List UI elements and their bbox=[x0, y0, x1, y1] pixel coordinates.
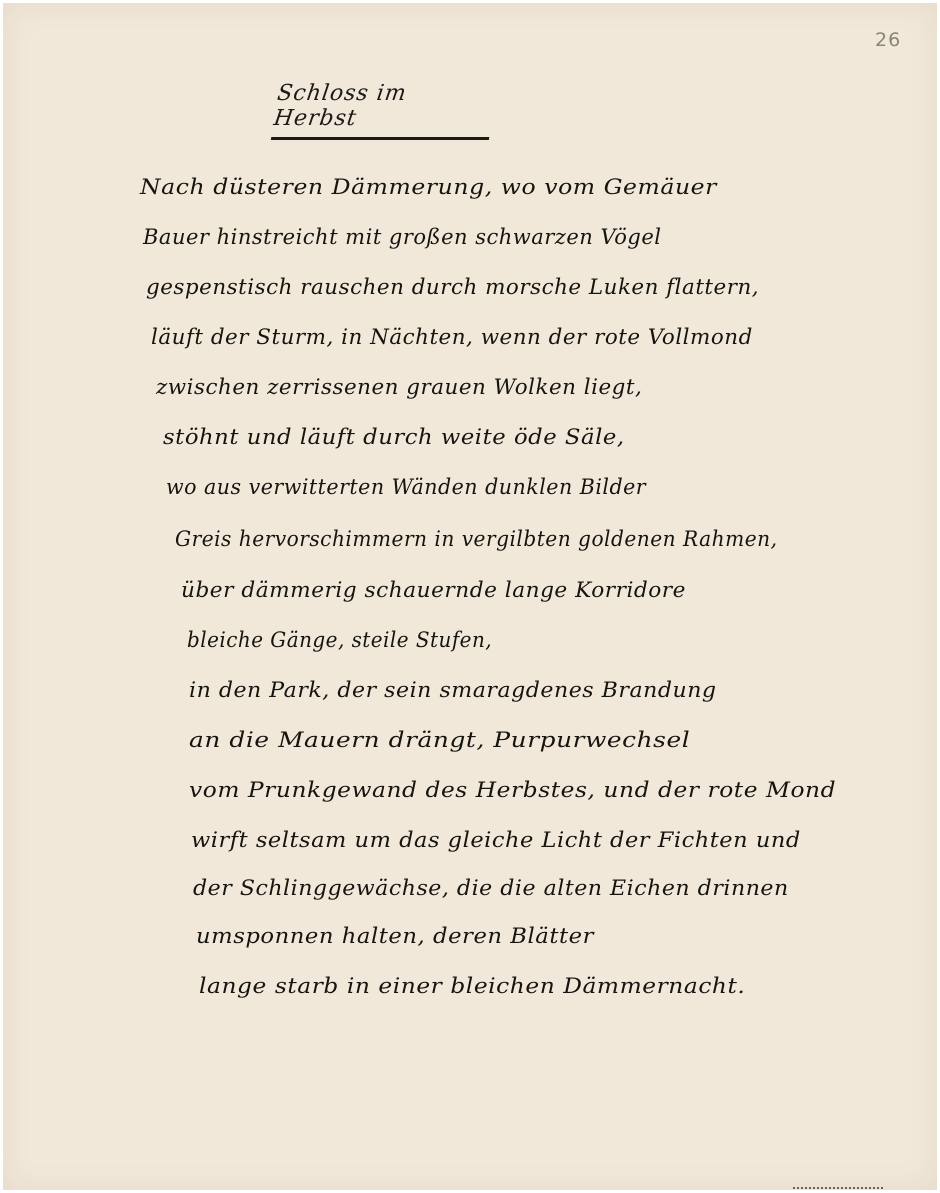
manuscript-page: 26 Schloss im Herbst Nach düsteren Dämme… bbox=[3, 3, 937, 1190]
manuscript-line: Nach düsteren Dämmerung, wo vom Gemäuer bbox=[140, 175, 717, 199]
manuscript-line: über dämmerig schauernde lange Korridore bbox=[181, 578, 686, 602]
manuscript-line: vom Prunkgewand des Herbstes, und der ro… bbox=[189, 778, 836, 802]
manuscript-line: stöhnt und läuft durch weite öde Säle, bbox=[163, 425, 625, 449]
manuscript-line: zwischen zerrissenen grauen Wolken liegt… bbox=[156, 375, 642, 399]
edge-mark bbox=[793, 1187, 883, 1192]
manuscript-line: wo aus verwitterten Wänden dunklen Bilde… bbox=[166, 475, 646, 499]
manuscript-line: lange starb in einer bleichen Dämmernach… bbox=[199, 974, 745, 998]
page-number: 26 bbox=[875, 29, 901, 51]
manuscript-title: Schloss im Herbst bbox=[271, 81, 497, 140]
manuscript-line: gespenstisch rauschen durch morsche Luke… bbox=[146, 275, 759, 299]
manuscript-line: bleiche Gänge, steile Stufen, bbox=[187, 628, 492, 652]
manuscript-line: wirft seltsam um das gleiche Licht der F… bbox=[191, 828, 801, 852]
manuscript-line: Greis hervorschimmern in vergilbten gold… bbox=[175, 527, 777, 551]
manuscript-line: läuft der Sturm, in Nächten, wenn der ro… bbox=[151, 325, 753, 349]
manuscript-line: an die Mauern drängt, Purpurwechsel bbox=[189, 728, 690, 752]
manuscript-line: umsponnen halten, deren Blätter bbox=[196, 924, 594, 948]
manuscript-line: der Schlinggewächse, die die alten Eiche… bbox=[193, 876, 789, 900]
manuscript-line: in den Park, der sein smaragdenes Brandu… bbox=[189, 678, 717, 702]
manuscript-line: Bauer hinstreicht mit großen schwarzen V… bbox=[143, 225, 661, 249]
